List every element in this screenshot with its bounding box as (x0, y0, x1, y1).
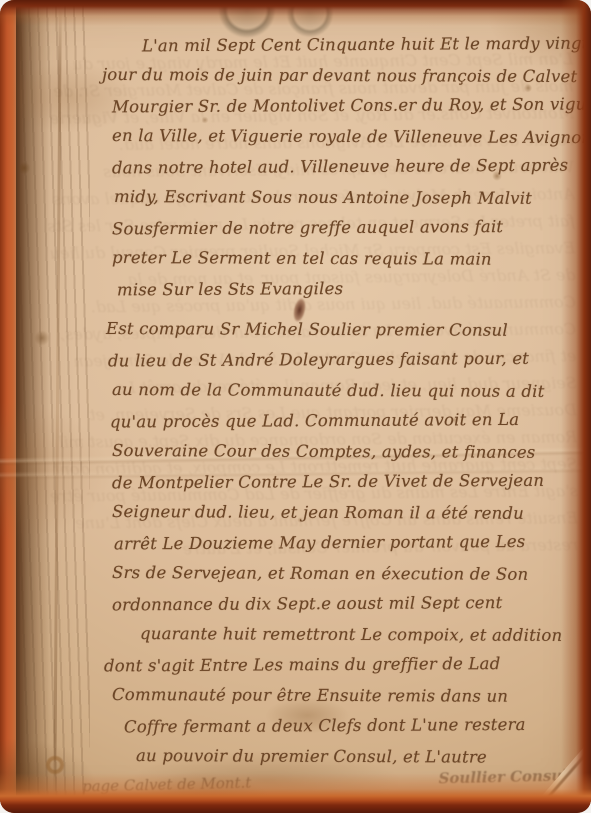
manuscript-line: Seigneur dud. lieu, et jean Roman il a é… (112, 496, 574, 529)
manuscript-line: Souveraine Cour des Comptes, aydes, et f… (112, 435, 574, 468)
manuscript-line: Coffre fermant a deux Clefs dont L'une r… (124, 710, 574, 743)
manuscript-line: Mourgier Sr. de Montolivet Cons.er du Ro… (112, 90, 574, 123)
manuscript-line: ordonnance du dix Sept.e aoust mil Sept … (112, 588, 574, 621)
manuscript-line: Communauté pour être Ensuite remis dans … (112, 679, 574, 712)
manuscript-line: de Montpelier Contre Le Sr. de Vivet de … (112, 466, 574, 499)
manuscript-line: dans notre hotel aud. Villeneuve heure d… (112, 151, 574, 184)
manuscript-line: arrêt Le Douzieme May dernier portant qu… (114, 527, 574, 560)
manuscript-line: Srs de Servejean, et Roman en éxecution … (112, 557, 574, 590)
manuscript-line: L'an mil Sept Cent Cinquante huit Et le … (142, 29, 574, 62)
manuscript-line: midy, Escrivant Sous nous Antoine Joseph… (114, 181, 574, 214)
manuscript-line: Sousfermier de notre greffe auquel avons… (112, 212, 574, 245)
paper-page: L'an mil Sept Cent Cinquante huit Et le … (0, 0, 591, 813)
manuscript-line: dont s'agit Entre Les mains du greffier … (104, 649, 574, 682)
faded-signature-left: page Calvet de Mont.t (82, 774, 252, 796)
manuscript-line: au nom de la Communauté dud. lieu qui no… (112, 374, 574, 407)
manuscript-line: du lieu de St André Doleyrargues faisant… (108, 344, 574, 377)
manuscript-line: Est comparu Sr Michel Soulier premier Co… (106, 313, 574, 346)
manuscript-line: quarante huit remettront Le compoix, et … (140, 619, 574, 651)
manuscript-photo: L'an mil Sept Cent Cinquante huit Et le … (0, 0, 591, 813)
frame-left-band (0, 0, 26, 813)
manuscript-line: preter Le Serment en tel cas requis La m… (112, 242, 574, 275)
manuscript-line: mise Sur les Sts Evangiles (117, 273, 574, 306)
manuscript-line: jour du mois de juin par devant nous fra… (102, 59, 574, 92)
manuscript-line: qu'au procès que Lad. Communauté avoit e… (110, 405, 574, 438)
manuscript-line: en la Ville, et Viguerie royale de Ville… (112, 120, 574, 153)
faded-signature-right: Soullier Consul (438, 766, 568, 787)
manuscript-text: L'an mil Sept Cent Cinquante huit Et le … (112, 30, 574, 772)
